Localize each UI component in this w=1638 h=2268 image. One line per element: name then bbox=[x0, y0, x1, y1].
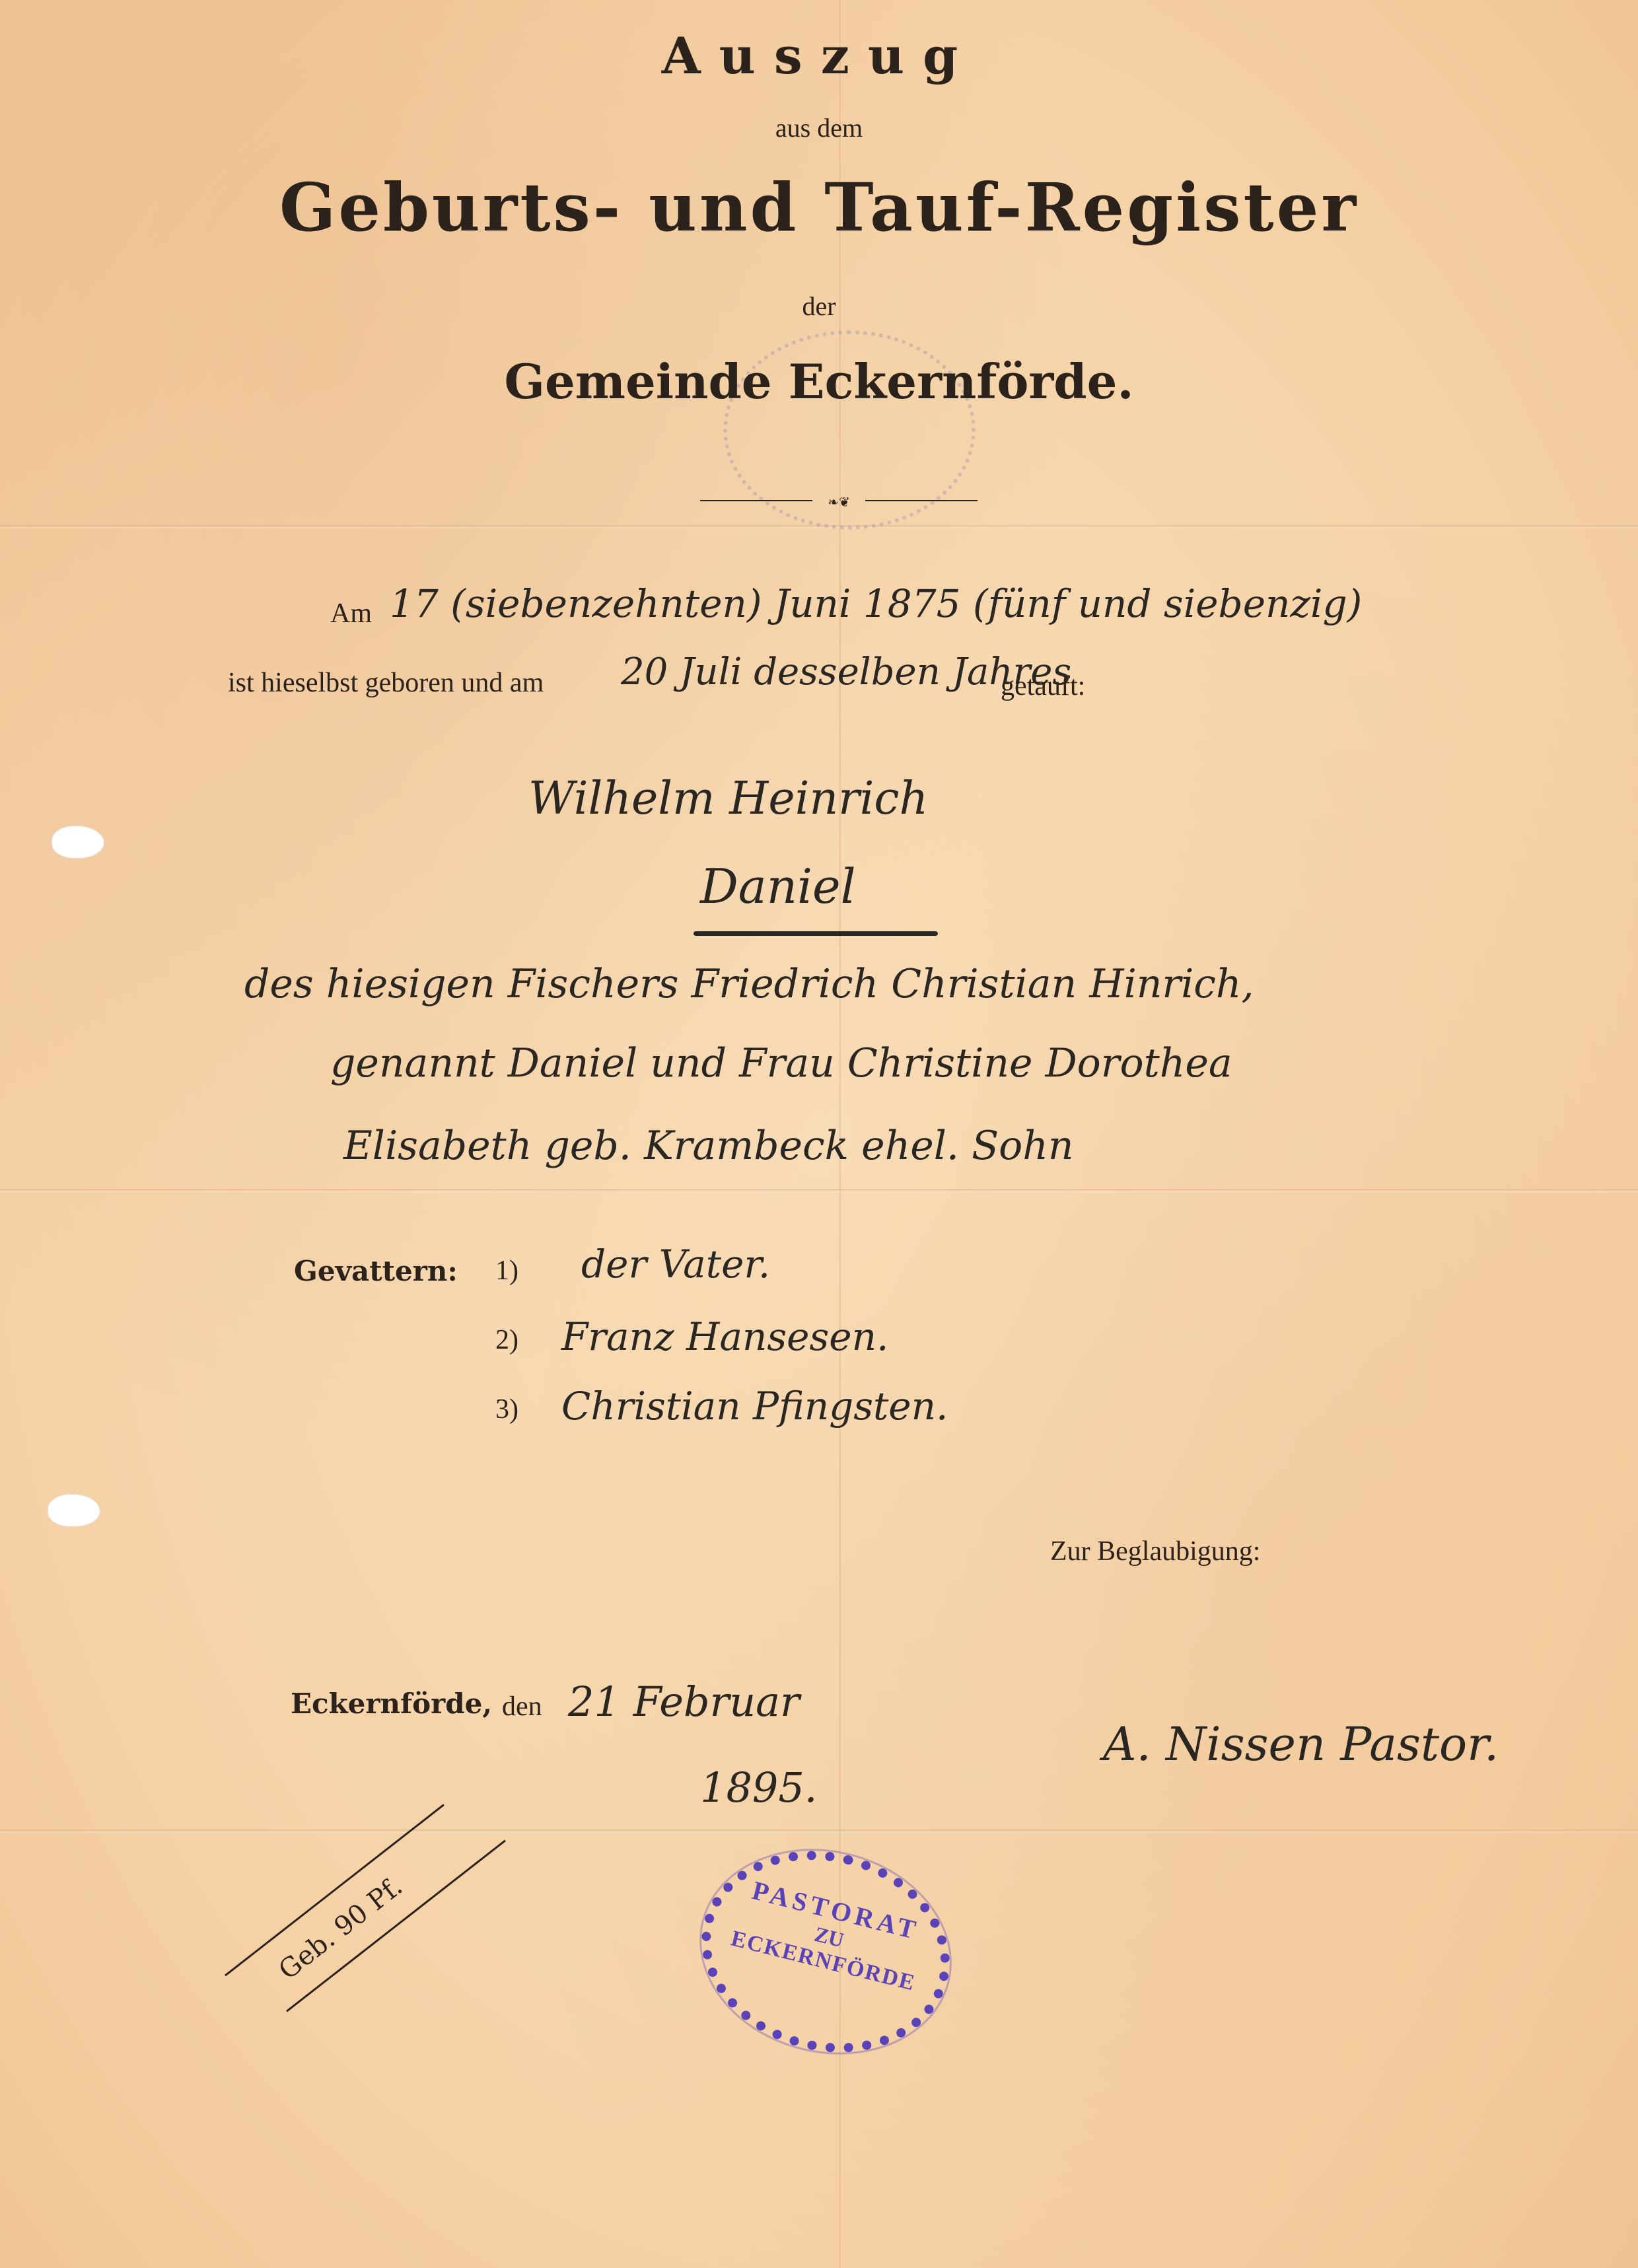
label-am: Am bbox=[330, 598, 372, 629]
surname-underline bbox=[694, 931, 938, 936]
label-born-here: ist hieselbst geboren und am bbox=[228, 667, 544, 699]
ornament-flourish-icon: ❧❦ bbox=[816, 494, 862, 510]
child-surname: Daniel bbox=[700, 859, 856, 914]
parents-line-2: genannt Daniel und Frau Christine Doroth… bbox=[330, 1040, 1232, 1086]
document-title: Auszug bbox=[0, 26, 1638, 85]
godparent-name-2: Franz Hansesen. bbox=[561, 1314, 888, 1359]
parish-title: Gemeinde Eckernförde. bbox=[0, 353, 1638, 409]
handwritten-issue-year: 1895. bbox=[700, 1763, 818, 1812]
label-baptized: getauft: bbox=[1001, 670, 1085, 702]
place-eckernfoerde: Eckernförde, bbox=[291, 1687, 492, 1720]
certification-label: Zur Beglaubigung: bbox=[1050, 1536, 1260, 1567]
ornament-divider: ❧❦ bbox=[700, 494, 978, 507]
godparent-number-1: 1) bbox=[495, 1255, 518, 1287]
horizontal-fold-lower bbox=[0, 1829, 1638, 1833]
handwritten-birth-date: 17 (siebenzehnten) Juni 1875 (fünf und s… bbox=[390, 581, 1362, 626]
child-given-names: Wilhelm Heinrich bbox=[528, 773, 928, 825]
subtitle-der: der bbox=[0, 291, 1638, 322]
godparents-label: Gevattern: bbox=[294, 1255, 458, 1287]
horizontal-fold-middle bbox=[0, 1189, 1638, 1192]
parents-line-1: des hiesigen Fischers Friedrich Christia… bbox=[244, 961, 1254, 1007]
godparent-name-3: Christian Pfingsten. bbox=[561, 1384, 948, 1429]
godparent-name-1: der Vater. bbox=[581, 1242, 770, 1287]
godparent-number-3: 3) bbox=[495, 1394, 518, 1425]
label-den: den bbox=[502, 1691, 542, 1722]
subtitle-aus-dem: aus dem bbox=[0, 112, 1638, 143]
handwritten-issue-date: 21 Februar bbox=[568, 1678, 800, 1726]
godparent-number-2: 2) bbox=[495, 1324, 518, 1356]
punch-hole-upper bbox=[52, 826, 104, 859]
parents-line-3: Elisabeth geb. Krambeck ehel. Sohn bbox=[343, 1123, 1074, 1169]
punch-hole-lower bbox=[48, 1494, 100, 1527]
register-title: Geburts- und Tauf-Register bbox=[0, 168, 1638, 246]
pastor-signature: A. Nissen Pastor. bbox=[1103, 1717, 1499, 1771]
